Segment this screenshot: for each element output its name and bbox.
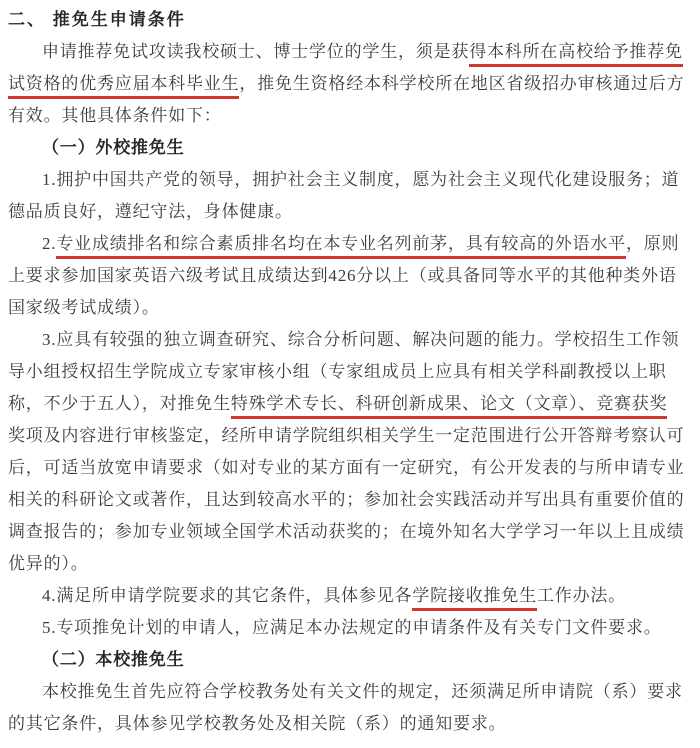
text-segment: ，推免生资格经本科学校所在地区省级招办审核通过后方 (239, 74, 684, 93)
text-segment: 相关的科研论文或著作，且达到较高水平的；参加社会实践活动并写出具有重要价值的 (8, 490, 684, 509)
item-4-line-1: 4.满足所申请学院要求的其它条件，具体参见各学院接收推免生工作办法。 (8, 580, 692, 612)
intro-line-1: 申请推荐免试攻读我校硕士、博士学位的学生，须是获得本科所在高校给予推荐免 (8, 36, 692, 68)
section-2-line-2: 的其它条件，具体参见学校教务处及相关院（系）的通知要求。 (8, 708, 692, 740)
red-underlined-text: 得本科所在高校给予推荐免 (469, 42, 683, 67)
item-1-line-2: 德品质良好，遵纪守法，身体健康。 (8, 196, 692, 228)
text-segment: 国家级考试成绩）。 (8, 298, 160, 317)
text-segment: ，原则 (626, 234, 679, 253)
item-3-line-1: 3.应具有较强的独立调查研究、综合分析问题、解决问题的能力。学校招生工作领 (8, 324, 692, 356)
text-segment: 申请推荐免试攻读我校硕士、博士学位的学生，须是获 (42, 42, 469, 61)
text-segment: 2. (42, 234, 56, 253)
item-2-line-2: 上要求参加国家英语六级考试且成绩达到426分以上（或具备同等水平的其他种类外语 (8, 260, 692, 292)
text-segment: （二）本校推免生 (42, 650, 184, 669)
red-underlined-text: 学院接收推免生 (412, 586, 537, 611)
item-3-line-4: 奖项及内容进行审核鉴定，经所申请学院组织相关学生一定范围进行公开答辩考察认可 (8, 420, 692, 452)
section-2-heading: （二）本校推免生 (8, 644, 692, 676)
text-segment: 调查报告的；参加专业领域全国学术活动获奖的；在境外知名大学学习一年以上且成绩 (8, 522, 684, 541)
red-underlined-text: 特殊学术专长、科研创新成果、论文（文章）、竞赛获奖 (231, 394, 668, 419)
text-segment: 的其它条件，具体参见学校教务处及相关院（系）的通知要求。 (8, 714, 506, 733)
text-segment: 德品质良好，遵纪守法，身体健康。 (8, 202, 293, 221)
item-1-line-1: 1.拥护中国共产党的领导，拥护社会主义制度，愿为社会主义现代化建设服务；道 (8, 164, 692, 196)
section-1-heading: （一）外校推免生 (8, 132, 692, 164)
text-segment: 3.应具有较强的独立调查研究、综合分析问题、解决问题的能力。学校招生工作领 (42, 330, 679, 349)
item-3-line-3: 称，不少于五人），对推免生特殊学术专长、科研创新成果、论文（文章）、竞赛获奖 (8, 388, 692, 420)
text-segment: 称，不少于五人），对推免生 (8, 394, 231, 413)
text-segment: 4.满足所申请学院要求的其它条件，具体参见各 (42, 586, 412, 605)
text-segment: 二、 推免生申请条件 (8, 10, 186, 29)
text-segment: 本校推免生首先应符合学校教务处有关文件的规定，还须满足所申请院（系）要求 (42, 682, 683, 701)
intro-line-2: 试资格的优秀应届本科毕业生，推免生资格经本科学校所在地区省级招办审核通过后方 (8, 68, 692, 100)
item-2-line-3: 国家级考试成绩）。 (8, 292, 692, 324)
text-segment: 5.专项推免计划的申请人，应满足本办法规定的申请条件及有关专门文件要求。 (42, 618, 662, 637)
item-3-line-7: 调查报告的；参加专业领域全国学术活动获奖的；在境外知名大学学习一年以上且成绩 (8, 516, 692, 548)
text-segment: 优异的）。 (8, 554, 89, 573)
intro-line-3: 有效。其他具体条件如下： (8, 100, 692, 132)
red-underlined-text: 专业成绩排名和综合素质排名均在本专业名列前茅，具有较高的外语水平 (56, 234, 626, 259)
text-segment: 1.拥护中国共产党的领导，拥护社会主义制度，愿为社会主义现代化建设服务；道 (42, 170, 679, 189)
text-segment: 工作办法。 (537, 586, 626, 605)
red-underlined-text: 试资格的优秀应届本科毕业生 (8, 74, 239, 99)
doc-title: 二、 推免生申请条件 (8, 4, 692, 36)
text-segment: 导小组授权招生学院成立专家审核小组（专家组成员上应具有相关学科副教授以上职 (8, 362, 667, 381)
text-segment: 后，可适当放宽申请要求（如对专业的某方面有一定研究，有公开发表的与所申请专业 (8, 458, 684, 477)
text-segment: 有效。其他具体条件如下： (8, 106, 222, 125)
item-3-line-6: 相关的科研论文或著作，且达到较高水平的；参加社会实践活动并写出具有重要价值的 (8, 484, 692, 516)
item-3-line-5: 后，可适当放宽申请要求（如对专业的某方面有一定研究，有公开发表的与所申请专业 (8, 452, 692, 484)
text-segment: 奖项及内容进行审核鉴定，经所申请学院组织相关学生一定范围进行公开答辩考察认可 (8, 426, 684, 445)
section-2-line-1: 本校推免生首先应符合学校教务处有关文件的规定，还须满足所申请院（系）要求 (8, 676, 692, 708)
text-segment: 上要求参加国家英语六级考试且成绩达到426分以上（或具备同等水平的其他种类外语 (8, 266, 677, 285)
item-3-line-8: 优异的）。 (8, 548, 692, 580)
text-segment: （一）外校推免生 (42, 138, 184, 157)
document: 二、 推免生申请条件申请推荐免试攻读我校硕士、博士学位的学生，须是获得本科所在高… (0, 0, 700, 748)
item-5-line-1: 5.专项推免计划的申请人，应满足本办法规定的申请条件及有关专门文件要求。 (8, 612, 692, 644)
item-3-line-2: 导小组授权招生学院成立专家审核小组（专家组成员上应具有相关学科副教授以上职 (8, 356, 692, 388)
item-2-line-1: 2.专业成绩排名和综合素质排名均在本专业名列前茅，具有较高的外语水平，原则 (8, 228, 692, 260)
